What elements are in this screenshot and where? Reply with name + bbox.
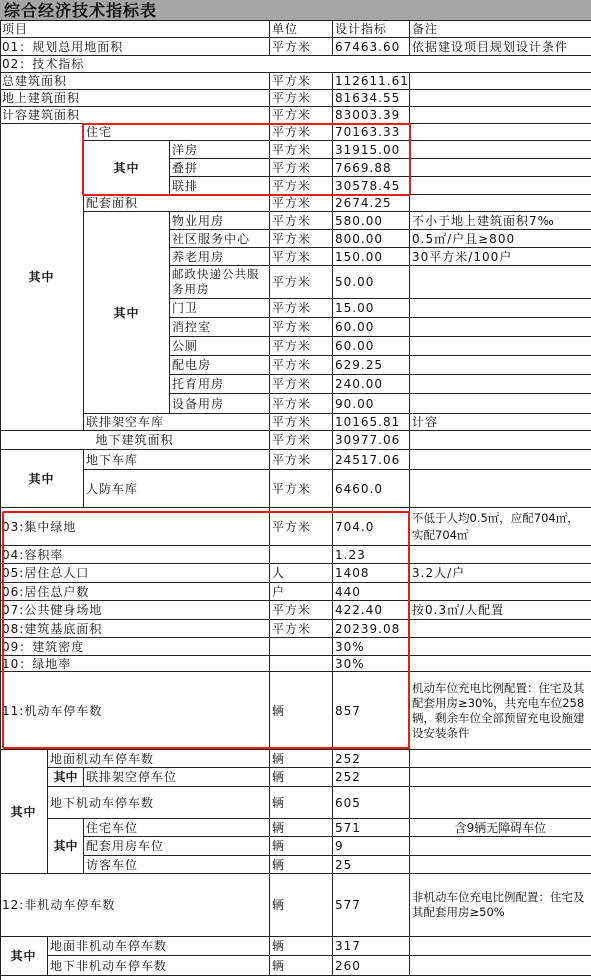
underground-garage-label: 地下车库 [84,450,270,470]
underground-parking-qizhong: 其中 [48,819,84,874]
row-06-unit: 户 [270,583,333,601]
row-10-value: 30% [333,656,410,672]
parking-qizhong: 其中 [0,750,48,874]
villa-value: 31915.00 [333,141,410,159]
toilet-unit: 平方米 [270,337,333,356]
ground-bike-note [410,937,591,956]
supporting-note [410,195,591,212]
power-room-label: 配电房 [170,356,270,375]
underground-parking-label: 地下机动车停车数 [48,787,270,819]
row-02-label: 02：技术指标 [0,56,591,73]
power-room-unit: 平方米 [270,356,333,375]
ground-parking-value: 252 [333,750,410,768]
underground-bike-value: 260 [333,956,410,976]
row-04-label: 04:容积率 [0,546,270,564]
visitor-parking-unit: 辆 [270,856,333,874]
header-unit: 单位 [270,21,333,38]
postal-unit: 平方米 [270,266,333,299]
villa-unit: 平方米 [270,141,333,159]
row-11-note: 机动车位充电比例配置：住宅及其配套用房≥30%，共充电车位258辆，剩余车位全部… [410,672,591,750]
supporting-value: 2674.25 [333,195,410,212]
header-note: 备注 [410,21,591,38]
childcare-note [410,375,591,394]
townhouse-label: 联排 [170,177,270,195]
civil-defense-unit: 平方米 [270,470,333,508]
open-parking-unit: 辆 [270,768,333,787]
ground-parking-note [410,750,591,768]
row-01-value: 67463.60 [333,38,410,56]
townhouse-note [410,177,591,195]
ground-parking-unit: 辆 [270,750,333,768]
res-parking-value: 571 [333,819,410,837]
far-area-value: 83003.39 [333,107,410,124]
ground-bike-unit: 辆 [270,937,333,956]
stacked-note [410,159,591,177]
header-item: 项目 [0,21,270,38]
row-08-note [410,620,591,638]
toilet-note [410,337,591,356]
underground-area-label: 地下建筑面积 [0,431,270,450]
property-mgmt-unit: 平方米 [270,212,333,230]
garage-open-label: 联排架空车库 [84,414,270,431]
community-center-unit: 平方米 [270,230,333,248]
fire-control-unit: 平方米 [270,318,333,337]
fire-control-label: 消控室 [170,318,270,337]
row-10-unit [270,656,333,672]
underground-bike-note [410,956,591,976]
guard-unit: 平方米 [270,299,333,318]
table-title: 综合经济技术指标表 [0,0,591,21]
power-room-value: 629.25 [333,356,410,375]
row-11-value: 857 [333,672,410,750]
ground-parking-label: 地面机动车停车数 [48,750,270,768]
equipment-label: 设备用房 [170,394,270,414]
guard-value: 15.00 [333,299,410,318]
above-area-label: 地上建筑面积 [0,90,270,107]
row-07-label: 07:公共健身场地 [0,601,270,620]
row-09-label: 09：建筑密度 [0,638,270,656]
underground-garage-unit: 平方米 [270,450,333,470]
row-11-label: 11:机动车停车数 [0,672,270,750]
villa-note [410,141,591,159]
property-mgmt-value: 580.00 [333,212,410,230]
fire-control-note [410,318,591,337]
underground-garage-value: 24517.06 [333,450,410,470]
childcare-unit: 平方米 [270,375,333,394]
row-04-unit [270,546,333,564]
underground-bike-unit: 辆 [270,956,333,976]
res-parking-unit: 辆 [270,819,333,837]
bike-qizhong: 其中 [0,937,48,976]
header-value: 设计指标 [333,21,410,38]
row-04-note [410,546,591,564]
far-area-label: 计容建筑面积 [0,107,270,124]
row-12-value: 577 [333,874,410,937]
row-08-value: 20239.08 [333,620,410,638]
row-07-value: 422.40 [333,601,410,620]
open-parking-note [410,768,591,787]
ground-bike-label: 地面非机动车停车数 [48,937,270,956]
residential-qizhong: 其中 [84,141,170,195]
toilet-value: 60.00 [333,337,410,356]
underground-area-unit: 平方米 [270,431,333,450]
postal-label: 邮政快递公共服务用房 [170,266,270,299]
residential-value: 70163.33 [333,124,410,141]
power-room-note [410,356,591,375]
sup-parking-value: 9 [333,837,410,856]
row-04-value: 1.23 [333,546,410,564]
row-05-label: 05:居住总人口 [0,564,270,583]
row-12-unit: 辆 [270,874,333,937]
residential-unit: 平方米 [270,124,333,141]
row-12-label: 12:非机动车停车数 [0,874,270,937]
visitor-parking-note [410,856,591,874]
row-07-note: 按0.3㎡/人配置 [410,601,591,620]
row-12-note: 非机动车位充电比例配置：住宅及其配套用房≥50% [410,874,591,937]
underground-garage-note [410,450,591,470]
row-10-label: 10：绿地率 [0,656,270,672]
row-05-value: 1408 [333,564,410,583]
childcare-label: 托育用房 [170,375,270,394]
supporting-label: 配套面积 [84,195,270,212]
above-area-note [410,90,591,107]
community-center-label: 社区服务中心 [170,230,270,248]
underground-bike-label: 地下非机动车停车数 [48,956,270,976]
row-11-unit: 辆 [270,672,333,750]
total-area-label: 总建筑面积 [0,73,270,90]
postal-value: 50.00 [333,266,410,299]
row-03-note: 不低于人均0.5㎡，应配704㎡，实配704㎡ [410,508,591,546]
far-area-unit: 平方米 [270,107,333,124]
underground-parking-note [410,787,591,819]
row-09-value: 30% [333,638,410,656]
sup-parking-label: 配套用房车位 [84,837,270,856]
far-area-note [410,107,591,124]
supporting-qizhong: 其中 [84,212,170,414]
group-above-qizhong: 其中 [0,124,84,431]
ground-parking-qizhong: 其中 [48,768,84,787]
townhouse-unit: 平方米 [270,177,333,195]
civil-defense-note [410,470,591,508]
equipment-value: 90.00 [333,394,410,414]
open-parking-label: 联排架空停车位 [84,768,270,787]
underground-parking-value: 605 [333,787,410,819]
community-center-note: 0.5㎡/户且≥800 [410,230,591,248]
res-parking-label: 住宅车位 [84,819,270,837]
row-01-note: 依据建设项目规划设计条件 [410,38,591,56]
toilet-label: 公厕 [170,337,270,356]
underground-area-value: 30977.06 [333,431,410,450]
total-area-value: 112611.61 [333,73,410,90]
supporting-unit: 平方米 [270,195,333,212]
total-area-unit: 平方米 [270,73,333,90]
postal-note [410,266,591,299]
villa-label: 洋房 [170,141,270,159]
above-area-unit: 平方米 [270,90,333,107]
row-07-unit: 平方米 [270,601,333,620]
row-09-unit [270,638,333,656]
row-08-label: 08:建筑基底面积 [0,620,270,638]
row-05-unit: 人 [270,564,333,583]
residential-note [410,124,591,141]
guard-note [410,299,591,318]
row-06-note [410,583,591,601]
residential-label: 住宅 [84,124,270,141]
civil-defense-value: 6460.0 [333,470,410,508]
elderly-label: 养老用房 [170,248,270,266]
community-center-value: 800.00 [333,230,410,248]
guard-label: 门卫 [170,299,270,318]
townhouse-value: 30578.45 [333,177,410,195]
row-01-label: 01：规划总用地面积 [0,38,270,56]
property-mgmt-note: 不小于地上建筑面积7‰ [410,212,591,230]
garage-open-value: 10165.81 [333,414,410,431]
row-06-value: 440 [333,583,410,601]
row-08-unit: 平方米 [270,620,333,638]
fire-control-value: 60.00 [333,318,410,337]
visitor-parking-value: 25 [333,856,410,874]
visitor-parking-label: 访客车位 [84,856,270,874]
underground-parking-unit: 辆 [270,787,333,819]
equipment-unit: 平方米 [270,394,333,414]
row-06-label: 06:居住总户数 [0,583,270,601]
elderly-unit: 平方米 [270,248,333,266]
row-03-label: 03:集中绿地 [0,508,270,546]
garage-open-unit: 平方米 [270,414,333,431]
sup-parking-note [410,837,591,856]
row-03-value: 704.0 [333,508,410,546]
ground-bike-value: 317 [333,937,410,956]
stacked-unit: 平方米 [270,159,333,177]
row-10-note [410,656,591,672]
stacked-label: 叠拼 [170,159,270,177]
sup-parking-unit: 辆 [270,837,333,856]
above-area-value: 81634.55 [333,90,410,107]
underground-area-note [410,431,591,450]
property-mgmt-label: 物业用房 [170,212,270,230]
stacked-value: 7669.88 [333,159,410,177]
childcare-value: 240.00 [333,375,410,394]
row-01-unit: 平方米 [270,38,333,56]
elderly-note: 30平方米/100户 [410,248,591,266]
elderly-value: 150.00 [333,248,410,266]
total-area-note [410,73,591,90]
row-05-note: 3.2人/户 [410,564,591,583]
open-parking-value: 252 [333,768,410,787]
underground-qizhong: 其中 [0,450,84,508]
res-parking-note: 含9辆无障碍车位 [410,819,591,837]
garage-open-note: 计容 [410,414,591,431]
row-03-unit: 平方米 [270,508,333,546]
equipment-note [410,394,591,414]
civil-defense-label: 人防车库 [84,470,270,508]
row-09-note [410,638,591,656]
